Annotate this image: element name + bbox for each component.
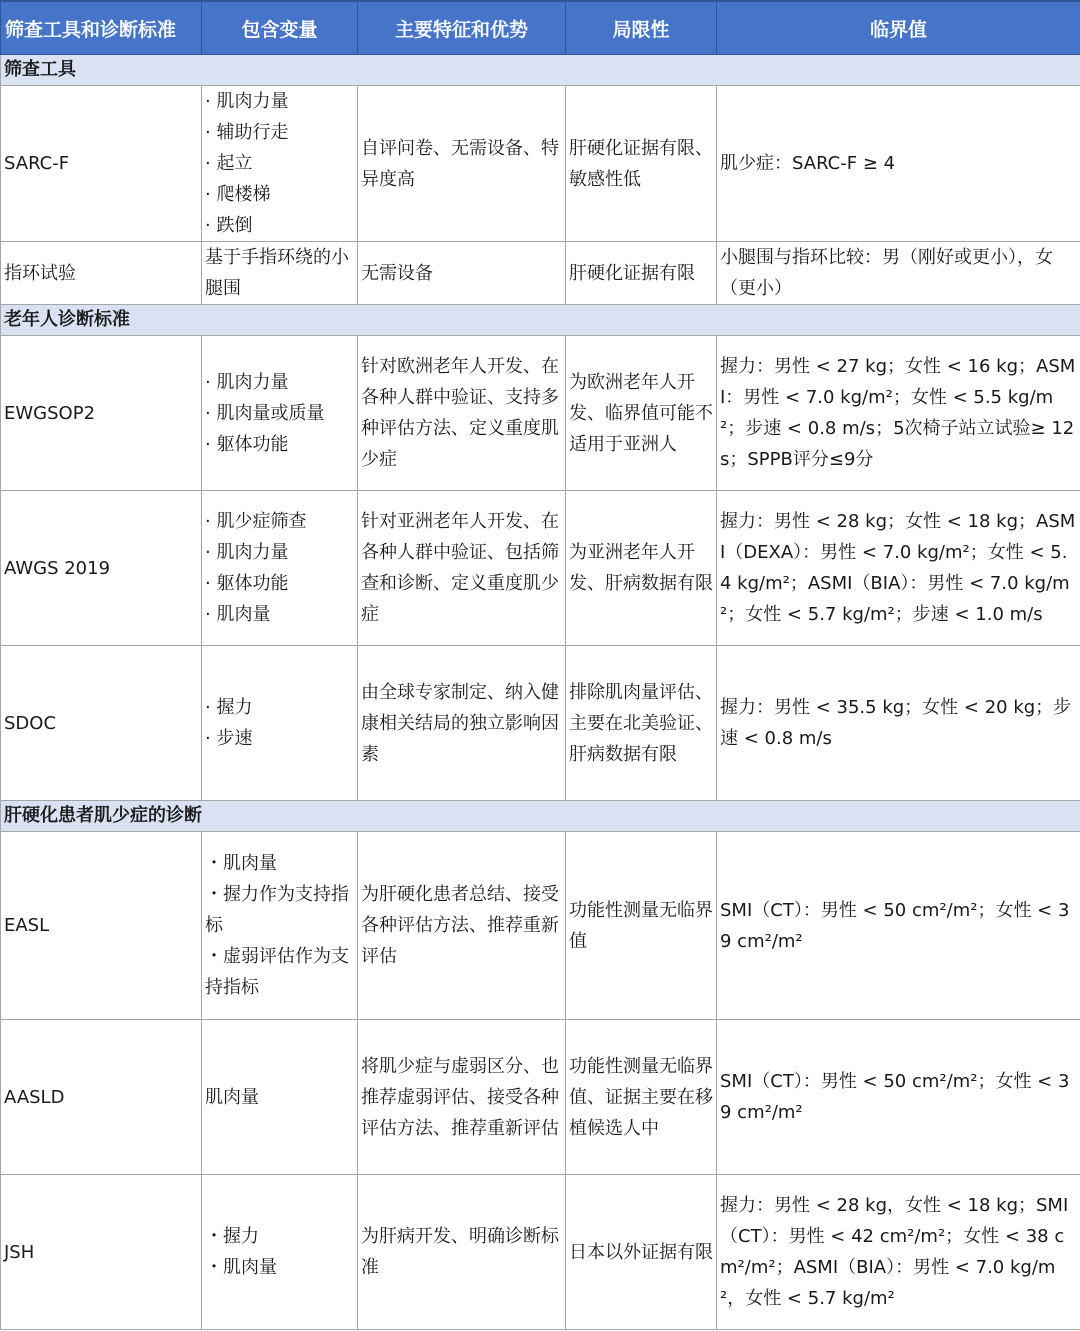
variable-item: · 辅助行走	[205, 117, 354, 148]
cutoff-cell: 握力：男性 < 27 kg；女性 < 16 kg；ASMI：男性 < 7.0 k…	[717, 336, 1080, 491]
features-cell: 由全球专家制定、纳入健康相关结局的独立影响因素	[358, 646, 566, 801]
header-tool: 筛查工具和诊断标准	[1, 1, 202, 55]
section-row: 老年人诊断标准	[1, 305, 1080, 336]
tool-name: JSH	[1, 1175, 202, 1330]
section-title: 筛查工具	[1, 55, 1080, 86]
limitations-cell: 功能性测量无临界值	[566, 832, 717, 1020]
limitations-cell: 为欧洲老年人开发、临界值可能不适用于亚洲人	[566, 336, 717, 491]
tool-name: AASLD	[1, 1020, 202, 1175]
features-cell: 针对亚洲老年人开发、在各种人群中验证、包括筛查和诊断、定义重度肌少症	[358, 491, 566, 646]
table-row: EASL ・肌肉量 ・握力作为支持指标 ・虚弱评估作为支持指标 为肝硬化患者总结…	[1, 832, 1080, 1020]
variable-item: · 起立	[205, 148, 354, 179]
header-features: 主要特征和优势	[358, 1, 566, 55]
limitations-cell: 为亚洲老年人开发、肝病数据有限	[566, 491, 717, 646]
variable-item: · 肌肉力量	[205, 367, 354, 398]
features-cell: 将肌少症与虚弱区分、也推荐虚弱评估、接受各种评估方法、推荐重新评估	[358, 1020, 566, 1175]
variables-cell: · 肌少症筛查 · 肌肉力量 · 躯体功能 · 肌肉量	[202, 491, 358, 646]
variable-item: ・肌肉量	[205, 848, 354, 879]
limitations-cell: 日本以外证据有限	[566, 1175, 717, 1330]
variable-item: · 步速	[205, 723, 354, 754]
variable-item: 肌肉量	[205, 1087, 259, 1108]
limitations-cell: 功能性测量无临界值、证据主要在移植候选人中	[566, 1020, 717, 1175]
variables-cell: ・肌肉量 ・握力作为支持指标 ・虚弱评估作为支持指标	[202, 832, 358, 1020]
cutoff-cell: SMI（CT）：男性 < 50 cm²/m²；女性 < 39 cm²/m²	[717, 832, 1080, 1020]
header-variables: 包含变量	[202, 1, 358, 55]
section-row: 肝硬化患者肌少症的诊断	[1, 801, 1080, 832]
header-row: 筛查工具和诊断标准 包含变量 主要特征和优势 局限性 临界值	[1, 1, 1080, 55]
table-row: 指环试验 基于手指环绕的小腿围 无需设备 肝硬化证据有限 小腿围与指环比较：男（…	[1, 242, 1080, 305]
variable-item: · 爬楼梯	[205, 179, 354, 210]
cutoff-cell: 握力：男性 < 35.5 kg；女性 < 20 kg；步速 < 0.8 m/s	[717, 646, 1080, 801]
variable-item: · 肌肉力量	[205, 86, 354, 117]
table-row: SARC-F · 肌肉力量 · 辅助行走 · 起立 · 爬楼梯 · 跌倒 自评问…	[1, 86, 1080, 242]
variable-item: · 握力	[205, 692, 354, 723]
features-cell: 自评问卷、无需设备、特异度高	[358, 86, 566, 242]
tool-name: SARC-F	[1, 86, 202, 242]
features-cell: 为肝病开发、明确诊断标准	[358, 1175, 566, 1330]
features-cell: 针对欧洲老年人开发、在各种人群中验证、支持多种评估方法、定义重度肌少症	[358, 336, 566, 491]
features-cell: 无需设备	[358, 242, 566, 305]
table-row: SDOC · 握力 · 步速 由全球专家制定、纳入健康相关结局的独立影响因素 排…	[1, 646, 1080, 801]
tool-name: 指环试验	[1, 242, 202, 305]
table-row: AWGS 2019 · 肌少症筛查 · 肌肉力量 · 躯体功能 · 肌肉量 针对…	[1, 491, 1080, 646]
variable-item: · 肌肉量或质量	[205, 398, 354, 429]
variable-item: · 肌肉力量	[205, 537, 354, 568]
table-row: JSH ・握力 ・肌肉量 为肝病开发、明确诊断标准 日本以外证据有限 握力：男性…	[1, 1175, 1080, 1330]
limitations-cell: 肝硬化证据有限、敏感性低	[566, 86, 717, 242]
cutoff-cell: 肌少症：SARC-F ≥ 4	[717, 86, 1080, 242]
tool-name: EWGSOP2	[1, 336, 202, 491]
variables-cell: · 肌肉力量 · 辅助行走 · 起立 · 爬楼梯 · 跌倒	[202, 86, 358, 242]
variables-cell: 基于手指环绕的小腿围	[202, 242, 358, 305]
variable-item: ・握力作为支持指标	[205, 879, 354, 941]
variables-cell: 肌肉量	[202, 1020, 358, 1175]
variable-item: ・肌肉量	[205, 1252, 354, 1283]
variables-cell: · 握力 · 步速	[202, 646, 358, 801]
table-row: AASLD 肌肉量 将肌少症与虚弱区分、也推荐虚弱评估、接受各种评估方法、推荐重…	[1, 1020, 1080, 1175]
variable-item: · 肌少症筛查	[205, 506, 354, 537]
header-cutoff: 临界值	[717, 1, 1080, 55]
cutoff-cell: 握力：男性 < 28 kg，女性 < 18 kg；SMI（CT）：男性 < 42…	[717, 1175, 1080, 1330]
table-row: EWGSOP2 · 肌肉力量 · 肌肉量或质量 · 躯体功能 针对欧洲老年人开发…	[1, 336, 1080, 491]
cutoff-cell: 握力：男性 < 28 kg；女性 < 18 kg；ASMI（DEXA）：男性 <…	[717, 491, 1080, 646]
tool-name: AWGS 2019	[1, 491, 202, 646]
variables-cell: · 肌肉力量 · 肌肉量或质量 · 躯体功能	[202, 336, 358, 491]
limitations-cell: 排除肌肉量评估、主要在北美验证、肝病数据有限	[566, 646, 717, 801]
section-title: 老年人诊断标准	[1, 305, 1080, 336]
variable-item: ・握力	[205, 1221, 354, 1252]
cutoff-cell: 小腿围与指环比较：男（刚好或更小），女（更小）	[717, 242, 1080, 305]
variables-cell: ・握力 ・肌肉量	[202, 1175, 358, 1330]
features-cell: 为肝硬化患者总结、接受各种评估方法、推荐重新评估	[358, 832, 566, 1020]
limitations-cell: 肝硬化证据有限	[566, 242, 717, 305]
variable-item: 基于手指环绕的小腿围	[205, 247, 349, 299]
sarcopenia-criteria-table: 筛查工具和诊断标准 包含变量 主要特征和优势 局限性 临界值 筛查工具 SARC…	[0, 0, 1080, 1330]
variable-item: · 躯体功能	[205, 568, 354, 599]
cutoff-cell: SMI（CT）：男性 < 50 cm²/m²；女性 < 39 cm²/m²	[717, 1020, 1080, 1175]
tool-name: EASL	[1, 832, 202, 1020]
variable-item: ・虚弱评估作为支持指标	[205, 941, 354, 1003]
section-title: 肝硬化患者肌少症的诊断	[1, 801, 1080, 832]
header-limitations: 局限性	[566, 1, 717, 55]
variable-item: · 躯体功能	[205, 429, 354, 460]
variable-item: · 跌倒	[205, 210, 354, 241]
section-row: 筛查工具	[1, 55, 1080, 86]
variable-item: · 肌肉量	[205, 599, 354, 630]
tool-name: SDOC	[1, 646, 202, 801]
